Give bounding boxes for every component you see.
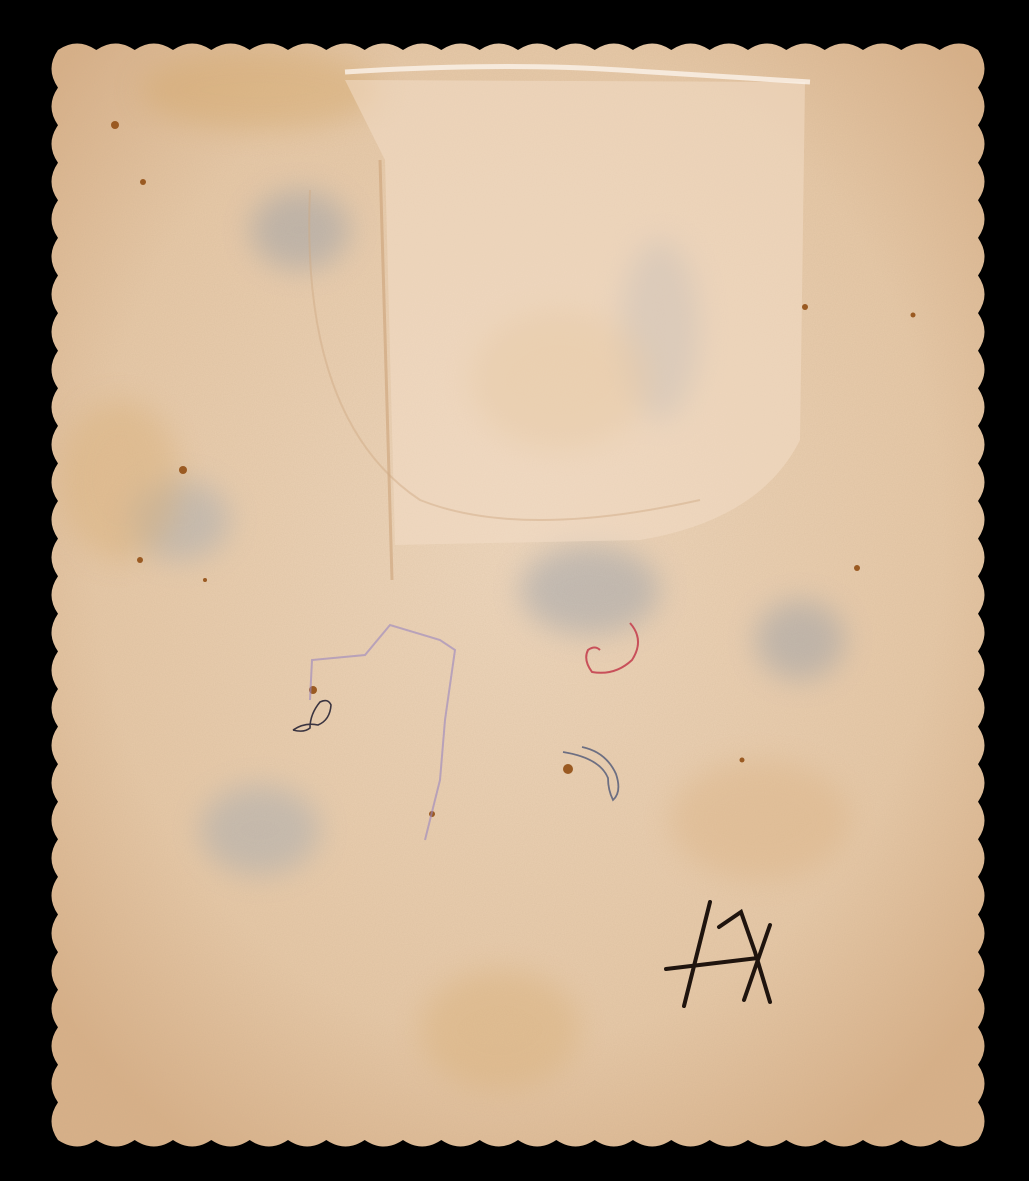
stamp-back <box>0 0 1029 1181</box>
stamp-photo <box>0 0 1029 1181</box>
